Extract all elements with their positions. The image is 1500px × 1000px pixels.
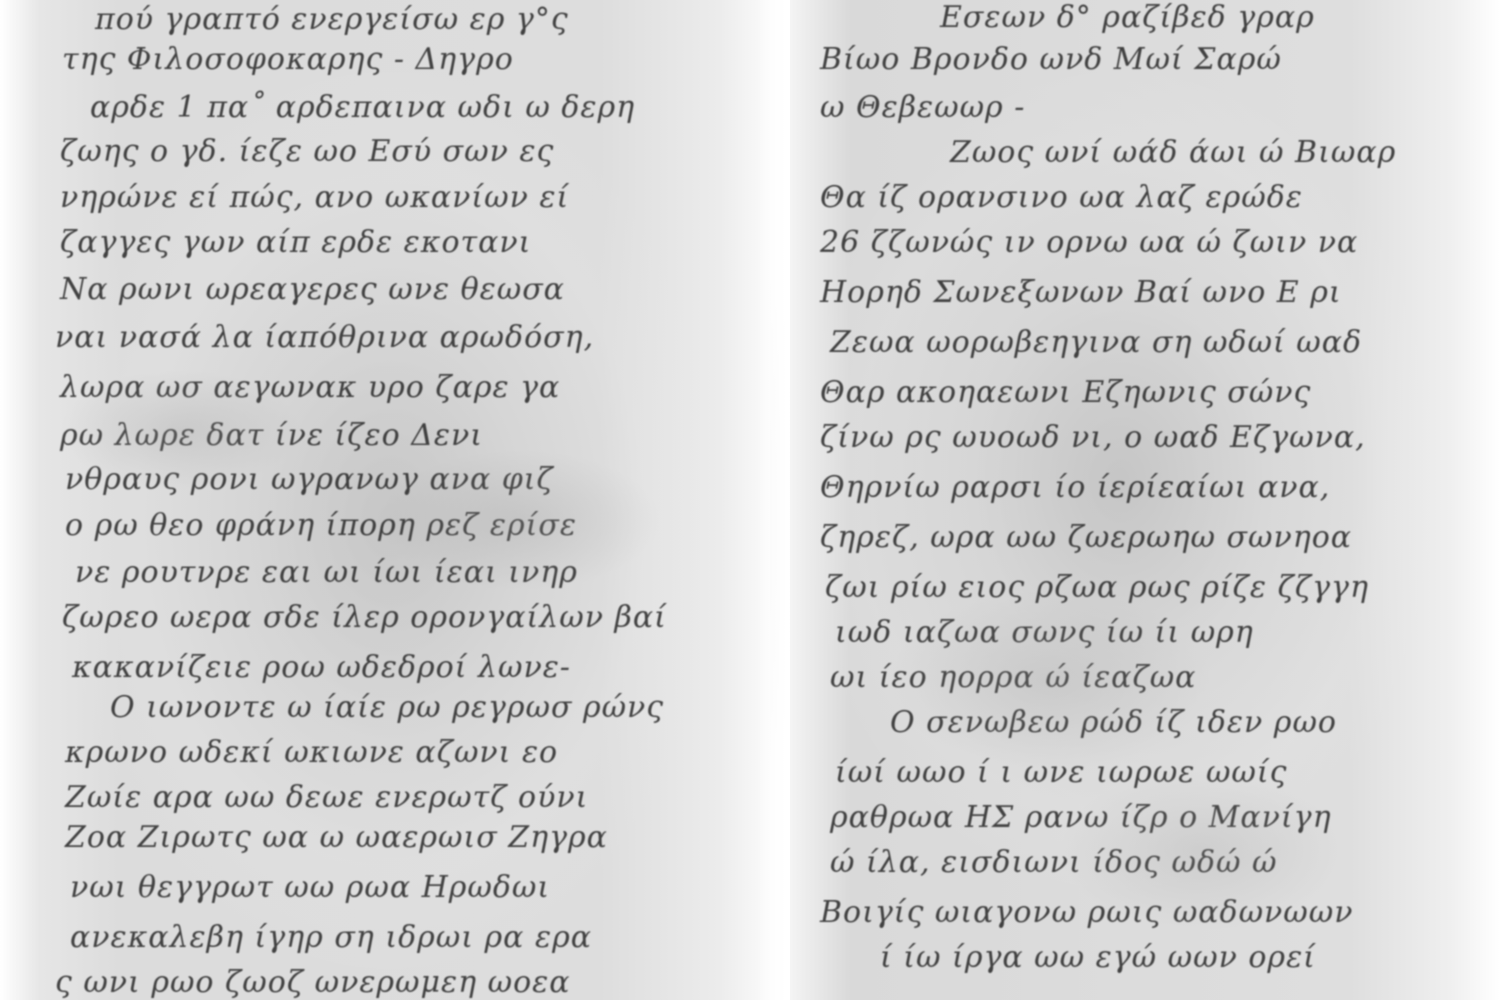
left-page: πού γραπτό ενεργείσω ερ γ°ςτης Φιλοσοφοκ… <box>0 0 770 1000</box>
handwritten-line: νε ρουτνρε εαι ωι ίωι ίεαι ινηρ <box>75 555 578 590</box>
handwritten-line: ζωρεο ωερα σδε ίλερ ορονγαίλων βαί <box>62 600 667 635</box>
handwritten-line: της Φιλοσοφοκαρης - Δηγρο <box>62 42 514 77</box>
handwritten-line: Βίωο Βρονδο ωνδ Μωί Σαρώ <box>820 42 1282 77</box>
handwritten-line: 26 ζζωνώς ιν ορνω ωα ώ ζωιν να <box>820 225 1358 260</box>
handwritten-line: ζηρεζ, ωρα ωω ζωερωηω σωνηοα <box>820 520 1352 555</box>
right-page: Εσεων δ° ραζίβεδ γραρΒίωο Βρονδο ωνδ Μωί… <box>790 0 1500 1000</box>
handwritten-line: ο ρω θεο φράνη ίπορη ρεζ ερίσε <box>65 508 577 543</box>
handwritten-line: κακανίζειε ροω ωδεδροί λωνε- <box>72 650 571 685</box>
handwritten-line: Να ρωνι ωρεαγερες ωνε θεωσα <box>60 272 565 307</box>
handwritten-line: ναι νασά λα ίαπόθρινα αρωδόση, <box>55 320 594 355</box>
handwritten-line: πού γραπτό ενεργείσω ερ γ°ς <box>95 2 569 37</box>
handwritten-line: νηρώνε εί πώς, ανο ωκανίων εί <box>60 180 569 215</box>
handwritten-line: ω Θεβεωωρ - <box>820 90 1025 125</box>
handwritten-line: Ο σενωβεω ρώδ ίζ ιδεν ρωο <box>890 705 1337 740</box>
handwritten-line: αρδε 1 πα˚ αρδεπαινα ωδι ω δερη <box>90 90 635 125</box>
handwritten-line: Ηορηδ Σωνεξωνων Βαί ωνο Ε ρι <box>820 275 1342 310</box>
handwritten-line: ζαγγες γων αίπ ερδε εκοτανι <box>60 225 531 260</box>
handwritten-line: Βοιγίς ωιαγονω ρωις ωαδωνωων <box>820 895 1353 930</box>
handwritten-line: Θαρ ακοηαεωνι Εζηωνις σώνς <box>820 375 1311 410</box>
handwritten-line: ωι ίεο ηορρα ώ ίεαζωα <box>830 660 1196 695</box>
handwritten-line: ανεκαλεβη ίγηρ ση ιδρωι ρα ερα <box>70 920 592 955</box>
handwritten-line: Ζωος ωνί ωάδ άωι ώ Βιωαρ <box>950 135 1396 170</box>
handwritten-line: ί ίω ίργα ωω εγώ ωων ορεί <box>880 940 1316 975</box>
handwritten-line: Εσεων δ° ραζίβεδ γραρ <box>940 0 1315 35</box>
handwritten-line: Ο ιωνοντε ω ίαίε ρω ρεγρωσ ρώνς <box>110 690 664 725</box>
handwritten-line: νθραυς ρονι ωγρανωγ ανα φιζ <box>65 462 554 497</box>
handwritten-line: ζωι ρίω ειος ρζωα ρως ρίζε ζζγγη <box>825 570 1369 605</box>
handwritten-line: ρω λωρε δατ ίνε ίζεο Δενι <box>60 418 483 453</box>
handwritten-line: ραθρωα ΗΣ ρανω ίζρ ο Μανίγη <box>830 800 1332 835</box>
handwritten-line: ίωί ωωο ί ι ωνε ιωρωε ωωίς <box>835 755 1287 790</box>
handwritten-line: ς ωνι ρωο ζωοζ ωνερωμεη ωοεα <box>55 965 571 1000</box>
handwritten-line: νωι θεγγρωτ ωω ρωα Ηρωδωι <box>70 870 550 905</box>
handwritten-line: Ζεωα ωορωβεηγινα ση ωδωί ωαδ <box>830 325 1362 360</box>
handwritten-line: ζωης ο γδ. ίεζε ωο Εσύ σων ες <box>60 134 554 169</box>
handwritten-line: Θηρνίω ραρσι ίο ίερίεαίωι ανα, <box>820 470 1330 505</box>
handwritten-line: ώ ίλα, εισδιωνι ίδος ωδώ ώ <box>830 845 1277 880</box>
manuscript-spread: πού γραπτό ενεργείσω ερ γ°ςτης Φιλοσοφοκ… <box>0 0 1500 1000</box>
handwritten-line: κρωνο ωδεκί ωκιωνε αζωνι εο <box>65 735 558 770</box>
handwritten-line: ζίνω ρς ωυοωδ νι, ο ωαδ Εζγωνα, <box>820 420 1366 455</box>
handwritten-line: ιωδ ιαζωα σωνς ίω ίι ωρη <box>835 615 1254 650</box>
handwritten-line: Ζωίε αρα ωω δεωε ενερωτζ ούνι <box>65 780 588 815</box>
handwritten-line: Θα ίζ ορανσινο ωα λαζ ερώδε <box>820 180 1303 215</box>
handwritten-line: λωρα ωσ αεγωνακ υρο ζαρε γα <box>60 370 560 405</box>
handwritten-line: Ζοα Ζιρωτς ωα ω ωαερωισ Ζηγρα <box>65 820 608 855</box>
